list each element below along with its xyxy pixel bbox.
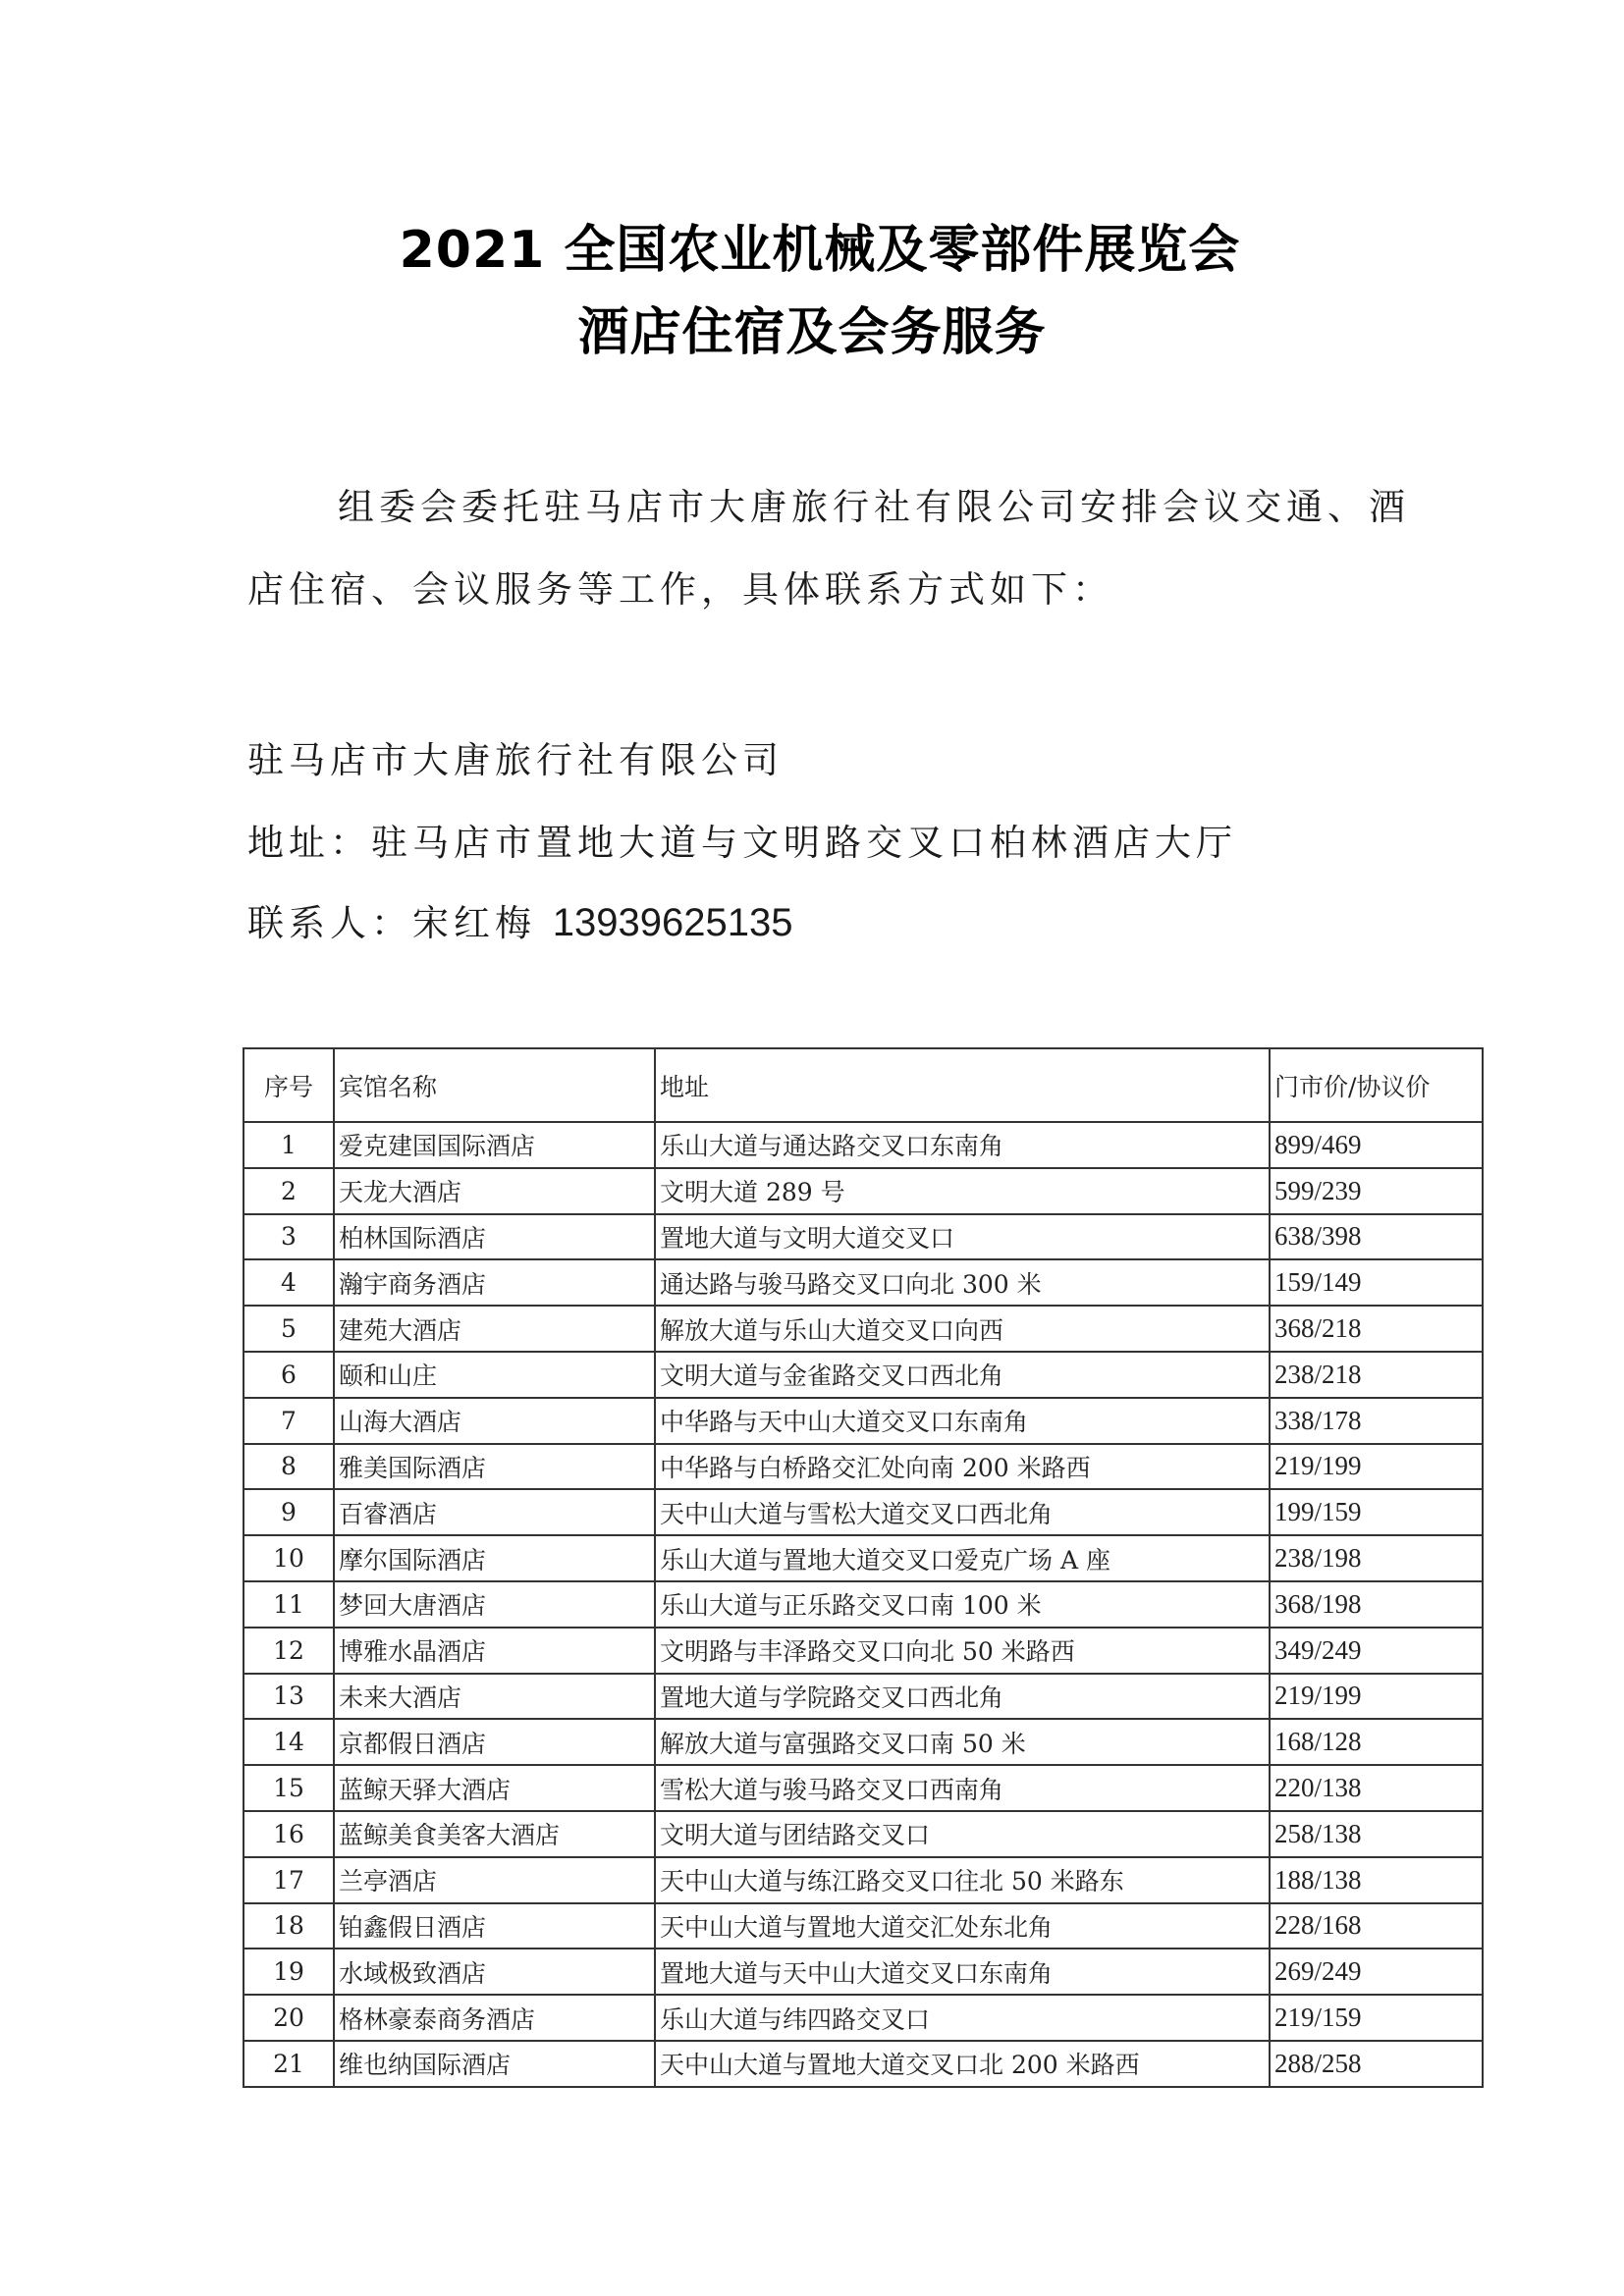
- row-address: 文明大道与团结路交叉口: [655, 1811, 1270, 1857]
- contact-phone: 13939625135: [553, 901, 793, 944]
- row-address: 文明大道与金雀路交叉口西北角: [655, 1352, 1270, 1398]
- row-number: 2: [244, 1168, 334, 1214]
- row-price: 258/138: [1270, 1811, 1483, 1857]
- row-price: 269/249: [1270, 1949, 1483, 1995]
- row-number: 20: [244, 1995, 334, 2041]
- intro-paragraph-line1: 组委会委托驻马店市大唐旅行社有限公司安排会议交通、酒: [338, 477, 1410, 530]
- row-hotel-name: 柏林国际酒店: [334, 1214, 655, 1260]
- row-number: 15: [244, 1765, 334, 1811]
- table-row: 20格林豪泰商务酒店乐山大道与纬四路交叉口219/159: [244, 1995, 1483, 2041]
- table-row: 3柏林国际酒店置地大道与文明大道交叉口638/398: [244, 1214, 1483, 1260]
- company-name: 驻马店市大唐旅行社有限公司: [247, 730, 784, 783]
- row-address: 天中山大道与雪松大道交叉口西北角: [655, 1489, 1270, 1535]
- row-hotel-name: 摩尔国际酒店: [334, 1535, 655, 1581]
- row-address: 雪松大道与骏马路交叉口西南角: [655, 1765, 1270, 1811]
- row-address: 解放大道与富强路交叉口南 50 米: [655, 1719, 1270, 1765]
- row-price: 338/178: [1270, 1398, 1483, 1444]
- row-number: 6: [244, 1352, 334, 1398]
- hotel-table: 序号 宾馆名称 地址 门市价/协议价 1爱克建国国际酒店乐山大道与通达路交叉口东…: [243, 1047, 1484, 2088]
- row-address: 天中山大道与练江路交叉口往北 50 米路东: [655, 1857, 1270, 1903]
- table-row: 9百睿酒店天中山大道与雪松大道交叉口西北角199/159: [244, 1489, 1483, 1535]
- table-row: 7山海大酒店中华路与天中山大道交叉口东南角338/178: [244, 1398, 1483, 1444]
- row-number: 1: [244, 1122, 334, 1168]
- row-address: 乐山大道与纬四路交叉口: [655, 1995, 1270, 2041]
- row-address: 乐山大道与置地大道交叉口爱克广场 A 座: [655, 1535, 1270, 1581]
- table-row: 4瀚宇商务酒店通达路与骏马路交叉口向北 300 米159/149: [244, 1259, 1483, 1306]
- row-hotel-name: 蓝鲸美食美客大酒店: [334, 1811, 655, 1857]
- intro-paragraph-line2: 店住宿、会议服务等工作，具体联系方式如下：: [247, 560, 1113, 613]
- table-row: 5建苑大酒店解放大道与乐山大道交叉口向西368/218: [244, 1306, 1483, 1352]
- row-price: 238/218: [1270, 1352, 1483, 1398]
- row-address: 天中山大道与置地大道交汇处东北角: [655, 1903, 1270, 1949]
- row-number: 19: [244, 1949, 334, 1995]
- table-row: 16蓝鲸美食美客大酒店文明大道与团结路交叉口258/138: [244, 1811, 1483, 1857]
- hotel-table-body: 1爱克建国国际酒店乐山大道与通达路交叉口东南角899/4692天龙大酒店文明大道…: [244, 1122, 1483, 2087]
- table-row: 11梦回大唐酒店乐山大道与正乐路交叉口南 100 米368/198: [244, 1581, 1483, 1628]
- document-title-line2: 酒店住宿及会务服务: [0, 291, 1624, 364]
- header-number: 序号: [244, 1048, 334, 1122]
- row-number: 3: [244, 1214, 334, 1260]
- row-address: 乐山大道与正乐路交叉口南 100 米: [655, 1581, 1270, 1628]
- table-row: 1爱克建国国际酒店乐山大道与通达路交叉口东南角899/469: [244, 1122, 1483, 1168]
- row-hotel-name: 颐和山庄: [334, 1352, 655, 1398]
- table-row: 13未来大酒店置地大道与学院路交叉口西北角219/199: [244, 1674, 1483, 1720]
- row-hotel-name: 山海大酒店: [334, 1398, 655, 1444]
- row-address: 通达路与骏马路交叉口向北 300 米: [655, 1259, 1270, 1306]
- row-hotel-name: 京都假日酒店: [334, 1719, 655, 1765]
- table-row: 19水域极致酒店置地大道与天中山大道交叉口东南角269/249: [244, 1949, 1483, 1995]
- row-address: 文明大道 289 号: [655, 1168, 1270, 1214]
- row-address: 中华路与白桥路交汇处向南 200 米路西: [655, 1444, 1270, 1490]
- row-number: 4: [244, 1259, 334, 1306]
- row-hotel-name: 格林豪泰商务酒店: [334, 1995, 655, 2041]
- row-number: 11: [244, 1581, 334, 1628]
- row-hotel-name: 水域极致酒店: [334, 1949, 655, 1995]
- header-price: 门市价/协议价: [1270, 1048, 1483, 1122]
- row-price: 220/138: [1270, 1765, 1483, 1811]
- table-row: 2天龙大酒店文明大道 289 号599/239: [244, 1168, 1483, 1214]
- row-price: 288/258: [1270, 2041, 1483, 2087]
- row-address: 置地大道与天中山大道交叉口东南角: [655, 1949, 1270, 1995]
- row-price: 599/239: [1270, 1168, 1483, 1214]
- row-hotel-name: 雅美国际酒店: [334, 1444, 655, 1490]
- row-hotel-name: 建苑大酒店: [334, 1306, 655, 1352]
- table-row: 10摩尔国际酒店乐山大道与置地大道交叉口爱克广场 A 座238/198: [244, 1535, 1483, 1581]
- header-hotel-name: 宾馆名称: [334, 1048, 655, 1122]
- row-hotel-name: 爱克建国国际酒店: [334, 1122, 655, 1168]
- table-row: 14京都假日酒店解放大道与富强路交叉口南 50 米168/128: [244, 1719, 1483, 1765]
- contact-person-label: 联系人：宋红梅: [247, 902, 553, 944]
- row-price: 219/199: [1270, 1444, 1483, 1490]
- row-number: 18: [244, 1903, 334, 1949]
- row-hotel-name: 瀚宇商务酒店: [334, 1259, 655, 1306]
- row-price: 168/128: [1270, 1719, 1483, 1765]
- row-price: 638/398: [1270, 1214, 1483, 1260]
- row-hotel-name: 铂鑫假日酒店: [334, 1903, 655, 1949]
- row-hotel-name: 未来大酒店: [334, 1674, 655, 1720]
- row-number: 8: [244, 1444, 334, 1490]
- row-price: 159/149: [1270, 1259, 1483, 1306]
- row-hotel-name: 天龙大酒店: [334, 1168, 655, 1214]
- table-header-row: 序号 宾馆名称 地址 门市价/协议价: [244, 1048, 1483, 1122]
- row-address: 文明路与丰泽路交叉口向北 50 米路西: [655, 1628, 1270, 1674]
- row-number: 16: [244, 1811, 334, 1857]
- row-hotel-name: 兰亭酒店: [334, 1857, 655, 1903]
- row-number: 17: [244, 1857, 334, 1903]
- row-price: 349/249: [1270, 1628, 1483, 1674]
- row-price: 228/168: [1270, 1903, 1483, 1949]
- row-price: 238/198: [1270, 1535, 1483, 1581]
- table-row: 15蓝鲸天驿大酒店雪松大道与骏马路交叉口西南角220/138: [244, 1765, 1483, 1811]
- row-number: 10: [244, 1535, 334, 1581]
- table-row: 17兰亭酒店天中山大道与练江路交叉口往北 50 米路东188/138: [244, 1857, 1483, 1903]
- row-address: 置地大道与文明大道交叉口: [655, 1214, 1270, 1260]
- row-address: 中华路与天中山大道交叉口东南角: [655, 1398, 1270, 1444]
- row-price: 368/198: [1270, 1581, 1483, 1628]
- table-row: 21维也纳国际酒店天中山大道与置地大道交叉口北 200 米路西288/258: [244, 2041, 1483, 2087]
- header-address: 地址: [655, 1048, 1270, 1122]
- table-row: 12博雅水晶酒店文明路与丰泽路交叉口向北 50 米路西349/249: [244, 1628, 1483, 1674]
- row-price: 368/218: [1270, 1306, 1483, 1352]
- row-price: 219/159: [1270, 1995, 1483, 2041]
- row-hotel-name: 梦回大唐酒店: [334, 1581, 655, 1628]
- row-address: 解放大道与乐山大道交叉口向西: [655, 1306, 1270, 1352]
- row-hotel-name: 百睿酒店: [334, 1489, 655, 1535]
- row-price: 899/469: [1270, 1122, 1483, 1168]
- row-address: 乐山大道与通达路交叉口东南角: [655, 1122, 1270, 1168]
- table-row: 8雅美国际酒店中华路与白桥路交汇处向南 200 米路西219/199: [244, 1444, 1483, 1490]
- row-hotel-name: 蓝鲸天驿大酒店: [334, 1765, 655, 1811]
- row-price: 199/159: [1270, 1489, 1483, 1535]
- table-row: 18铂鑫假日酒店天中山大道与置地大道交汇处东北角228/168: [244, 1903, 1483, 1949]
- contact-person: 联系人：宋红梅 13939625135: [247, 893, 792, 946]
- row-number: 9: [244, 1489, 334, 1535]
- row-price: 219/199: [1270, 1674, 1483, 1720]
- row-number: 21: [244, 2041, 334, 2087]
- row-number: 13: [244, 1674, 334, 1720]
- row-number: 12: [244, 1628, 334, 1674]
- row-number: 7: [244, 1398, 334, 1444]
- row-number: 5: [244, 1306, 334, 1352]
- row-hotel-name: 维也纳国际酒店: [334, 2041, 655, 2087]
- row-price: 188/138: [1270, 1857, 1483, 1903]
- row-number: 14: [244, 1719, 334, 1765]
- row-hotel-name: 博雅水晶酒店: [334, 1628, 655, 1674]
- document-title-line1: 2021 全国农业机械及零部件展览会: [8, 208, 1624, 282]
- row-address: 置地大道与学院路交叉口西北角: [655, 1674, 1270, 1720]
- table-row: 6颐和山庄文明大道与金雀路交叉口西北角238/218: [244, 1352, 1483, 1398]
- row-address: 天中山大道与置地大道交叉口北 200 米路西: [655, 2041, 1270, 2087]
- company-address: 地址：驻马店市置地大道与文明路交叉口柏林酒店大厅: [247, 813, 1237, 866]
